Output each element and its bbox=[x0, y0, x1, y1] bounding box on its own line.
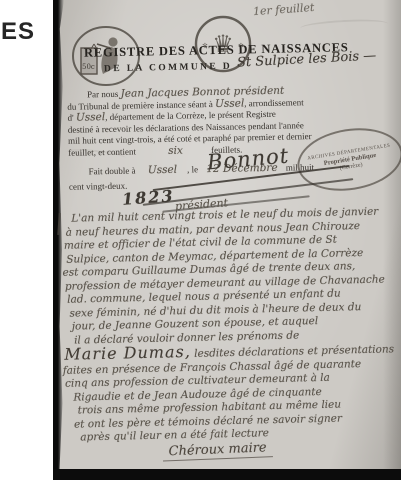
birth-act-body: L'an mil huit cent vingt trois et le neu… bbox=[59, 205, 401, 462]
year-annotation: 1823 bbox=[121, 186, 175, 209]
child-name: Marie Dumas, bbox=[64, 342, 191, 364]
handwritten-insert: six bbox=[168, 145, 183, 157]
scanned-register-page: ES 1er feuillet 50c ♛ ✻ ✻ REGISTRE DES A… bbox=[0, 0, 401, 480]
handwritten-insert: Ussel bbox=[76, 111, 105, 124]
scan-bottom-edge bbox=[53, 469, 401, 480]
handwritten-insert: Ussel bbox=[148, 163, 177, 176]
cropped-side-label: ES bbox=[1, 18, 35, 46]
handwritten-insert: Ussel bbox=[215, 97, 244, 110]
fiscal-stamp-value: 50c bbox=[82, 63, 95, 71]
